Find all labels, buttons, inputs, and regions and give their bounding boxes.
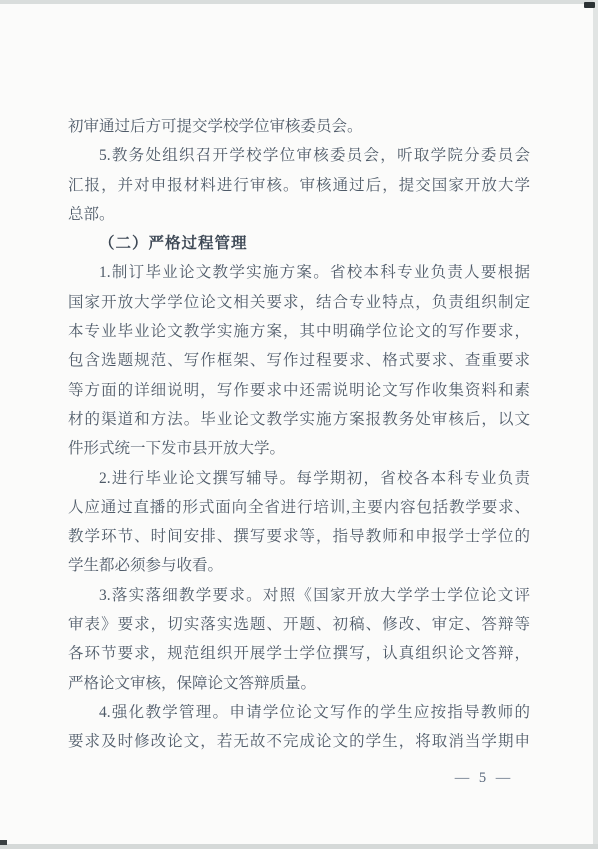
- text-line: 教学环节、时间安排、撰写要求等，指导教师和申报学士学位的: [68, 522, 530, 551]
- scan-edge-top: [0, 0, 598, 4]
- scanned-document-page: 初审通过后方可提交学校学位审核委员会。5.教务处组织召开学校学位审核委员会，听取…: [0, 0, 598, 849]
- text-line: 总部。: [68, 200, 530, 229]
- text-line: 汇报，并对申报材料进行审核。审核通过后，提交国家开放大学: [68, 171, 530, 200]
- text-line: 4.强化教学管理。申请学位论文写作的学生应按指导教师的: [68, 698, 530, 727]
- text-line: 等方面的详细说明，写作要求中还需说明论文写作收集资料和素: [68, 376, 530, 405]
- scan-artifact-top-right: [584, 2, 595, 8]
- text-line: 件形式统一下发市县开放大学。: [68, 434, 530, 463]
- scan-artifact-bottom-left: [0, 840, 7, 845]
- text-line: 国家开放大学学位论文相关要求，结合专业特点，负责组织制定: [68, 288, 530, 317]
- text-line: 要求及时修改论文，若无故不完成论文的学生，将取消当学期申: [68, 727, 530, 756]
- text-line: 3.落实落细教学要求。对照《国家开放大学学士学位论文评: [68, 581, 530, 610]
- text-line: 本专业毕业论文教学实施方案，其中明确学位论文的写作要求，: [68, 317, 530, 346]
- text-line: 材的渠道和方法。毕业论文教学实施方案报教务处审核后，以文: [68, 405, 530, 434]
- text-line: 初审通过后方可提交学校学位审核委员会。: [68, 112, 530, 141]
- text-line: 2.进行毕业论文撰写辅导。每学期初，省校各本科专业负责: [68, 464, 530, 493]
- document-body: 初审通过后方可提交学校学位审核委员会。5.教务处组织召开学校学位审核委员会，听取…: [68, 112, 530, 757]
- text-line: 5.教务处组织召开学校学位审核委员会，听取学院分委员会: [68, 141, 530, 170]
- text-line: 学生都必须参与收看。: [68, 551, 530, 580]
- section-heading: （二）严格过程管理: [68, 229, 530, 258]
- text-line: 1.制订毕业论文教学实施方案。省校本科专业负责人要根据: [68, 258, 530, 287]
- text-line: 严格论文审核，保障论文答辩质量。: [68, 669, 530, 698]
- page-number: — 5 —: [428, 770, 540, 787]
- text-line: 各环节要求，规范组织开展学士学位撰写，认真组织论文答辩，: [68, 639, 530, 668]
- text-line: 审表》要求，切实落实选题、开题、初稿、修改、审定、答辩等: [68, 610, 530, 639]
- text-line: 包含选题规范、写作框架、写作过程要求、格式要求、查重要求: [68, 346, 530, 375]
- scan-edge-right: [593, 0, 598, 849]
- scan-edge-bottom: [0, 844, 598, 849]
- text-line: 人应通过直播的形式面向全省进行培训,主要内容包括教学要求、: [68, 493, 530, 522]
